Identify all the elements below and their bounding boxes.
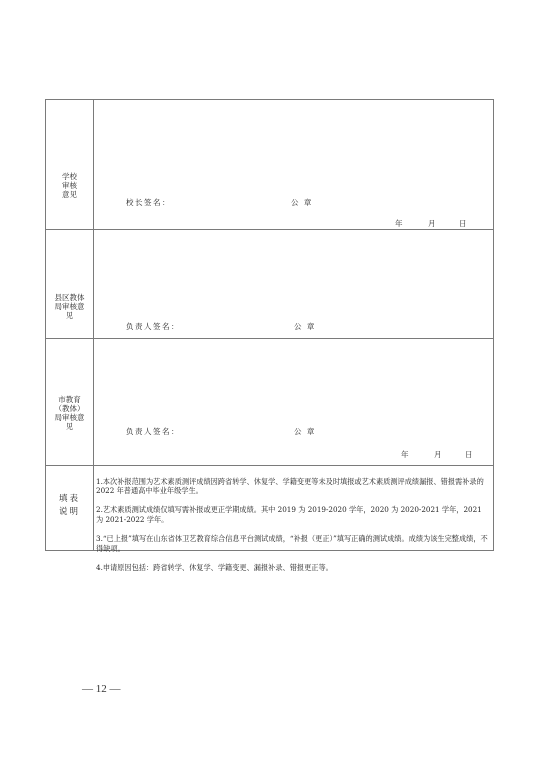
instruction-item: 4.申请原因包括：跨省转学、休复学、学籍变更、漏报补录、错报更正等。	[96, 563, 489, 573]
page-number: — 12 —	[82, 683, 121, 695]
instructions-label: 填表 说明	[46, 466, 94, 550]
date-year: 年	[395, 218, 404, 229]
instruction-item: 1.本次补报范围为艺术素质测评成绩因跨省转学、休复学、学籍变更等未及时填报或艺术…	[96, 477, 489, 496]
date-month: 月	[428, 218, 437, 229]
instruction-item: 3.“已上报”填写在山东省体卫艺教育综合信息平台测试成绩，“补报（更正）”填写正…	[96, 534, 489, 553]
county-review-content[interactable]: 负责人签名： 公 章	[94, 230, 493, 338]
seal-label: 公 章	[294, 321, 316, 332]
instructions-row: 填表 说明 1.本次补报范围为艺术素质测评成绩因跨省转学、休复学、学籍变更等未及…	[46, 465, 493, 550]
county-review-row: 县区教体 局审核意 见 负责人签名： 公 章	[46, 229, 493, 338]
instruction-item: 2.艺术素质测试成绩仅填写需补报或更正学期成绩。其中 2019 为 2019-2…	[96, 505, 489, 524]
seal-label: 公 章	[294, 426, 316, 437]
date-day: 日	[465, 449, 474, 460]
instructions-content: 1.本次补报范围为艺术素质测评成绩因跨省转学、休复学、学籍变更等未及时填报或艺术…	[94, 466, 493, 550]
city-review-content[interactable]: 负责人签名： 公 章 年 月 日	[94, 339, 493, 465]
seal-label: 公 章	[291, 197, 313, 208]
school-review-content[interactable]: 校长签名： 公 章 年 月 日	[94, 100, 493, 229]
city-review-row: 市教育 （教体） 局审核意 见 负责人签名： 公 章 年 月 日	[46, 338, 493, 465]
approval-table: 学校 审核 意见 校长签名： 公 章 年 月 日 县区教体 局审核意 见 负责人…	[45, 99, 494, 551]
instructions-list: 1.本次补报范围为艺术素质测评成绩因跨省转学、休复学、学籍变更等未及时填报或艺术…	[96, 467, 489, 582]
city-review-label: 市教育 （教体） 局审核意 见	[46, 339, 94, 465]
date-day: 日	[459, 218, 468, 229]
principal-signature-label: 校长签名：	[126, 197, 171, 208]
date-month: 月	[434, 449, 443, 460]
date-year: 年	[401, 449, 410, 460]
school-review-row: 学校 审核 意见 校长签名： 公 章 年 月 日	[46, 100, 493, 229]
school-review-label: 学校 审核 意见	[46, 100, 94, 229]
responsible-signature-label: 负责人签名：	[126, 426, 180, 437]
county-review-label: 县区教体 局审核意 见	[46, 230, 94, 338]
responsible-signature-label: 负责人签名：	[126, 321, 180, 332]
